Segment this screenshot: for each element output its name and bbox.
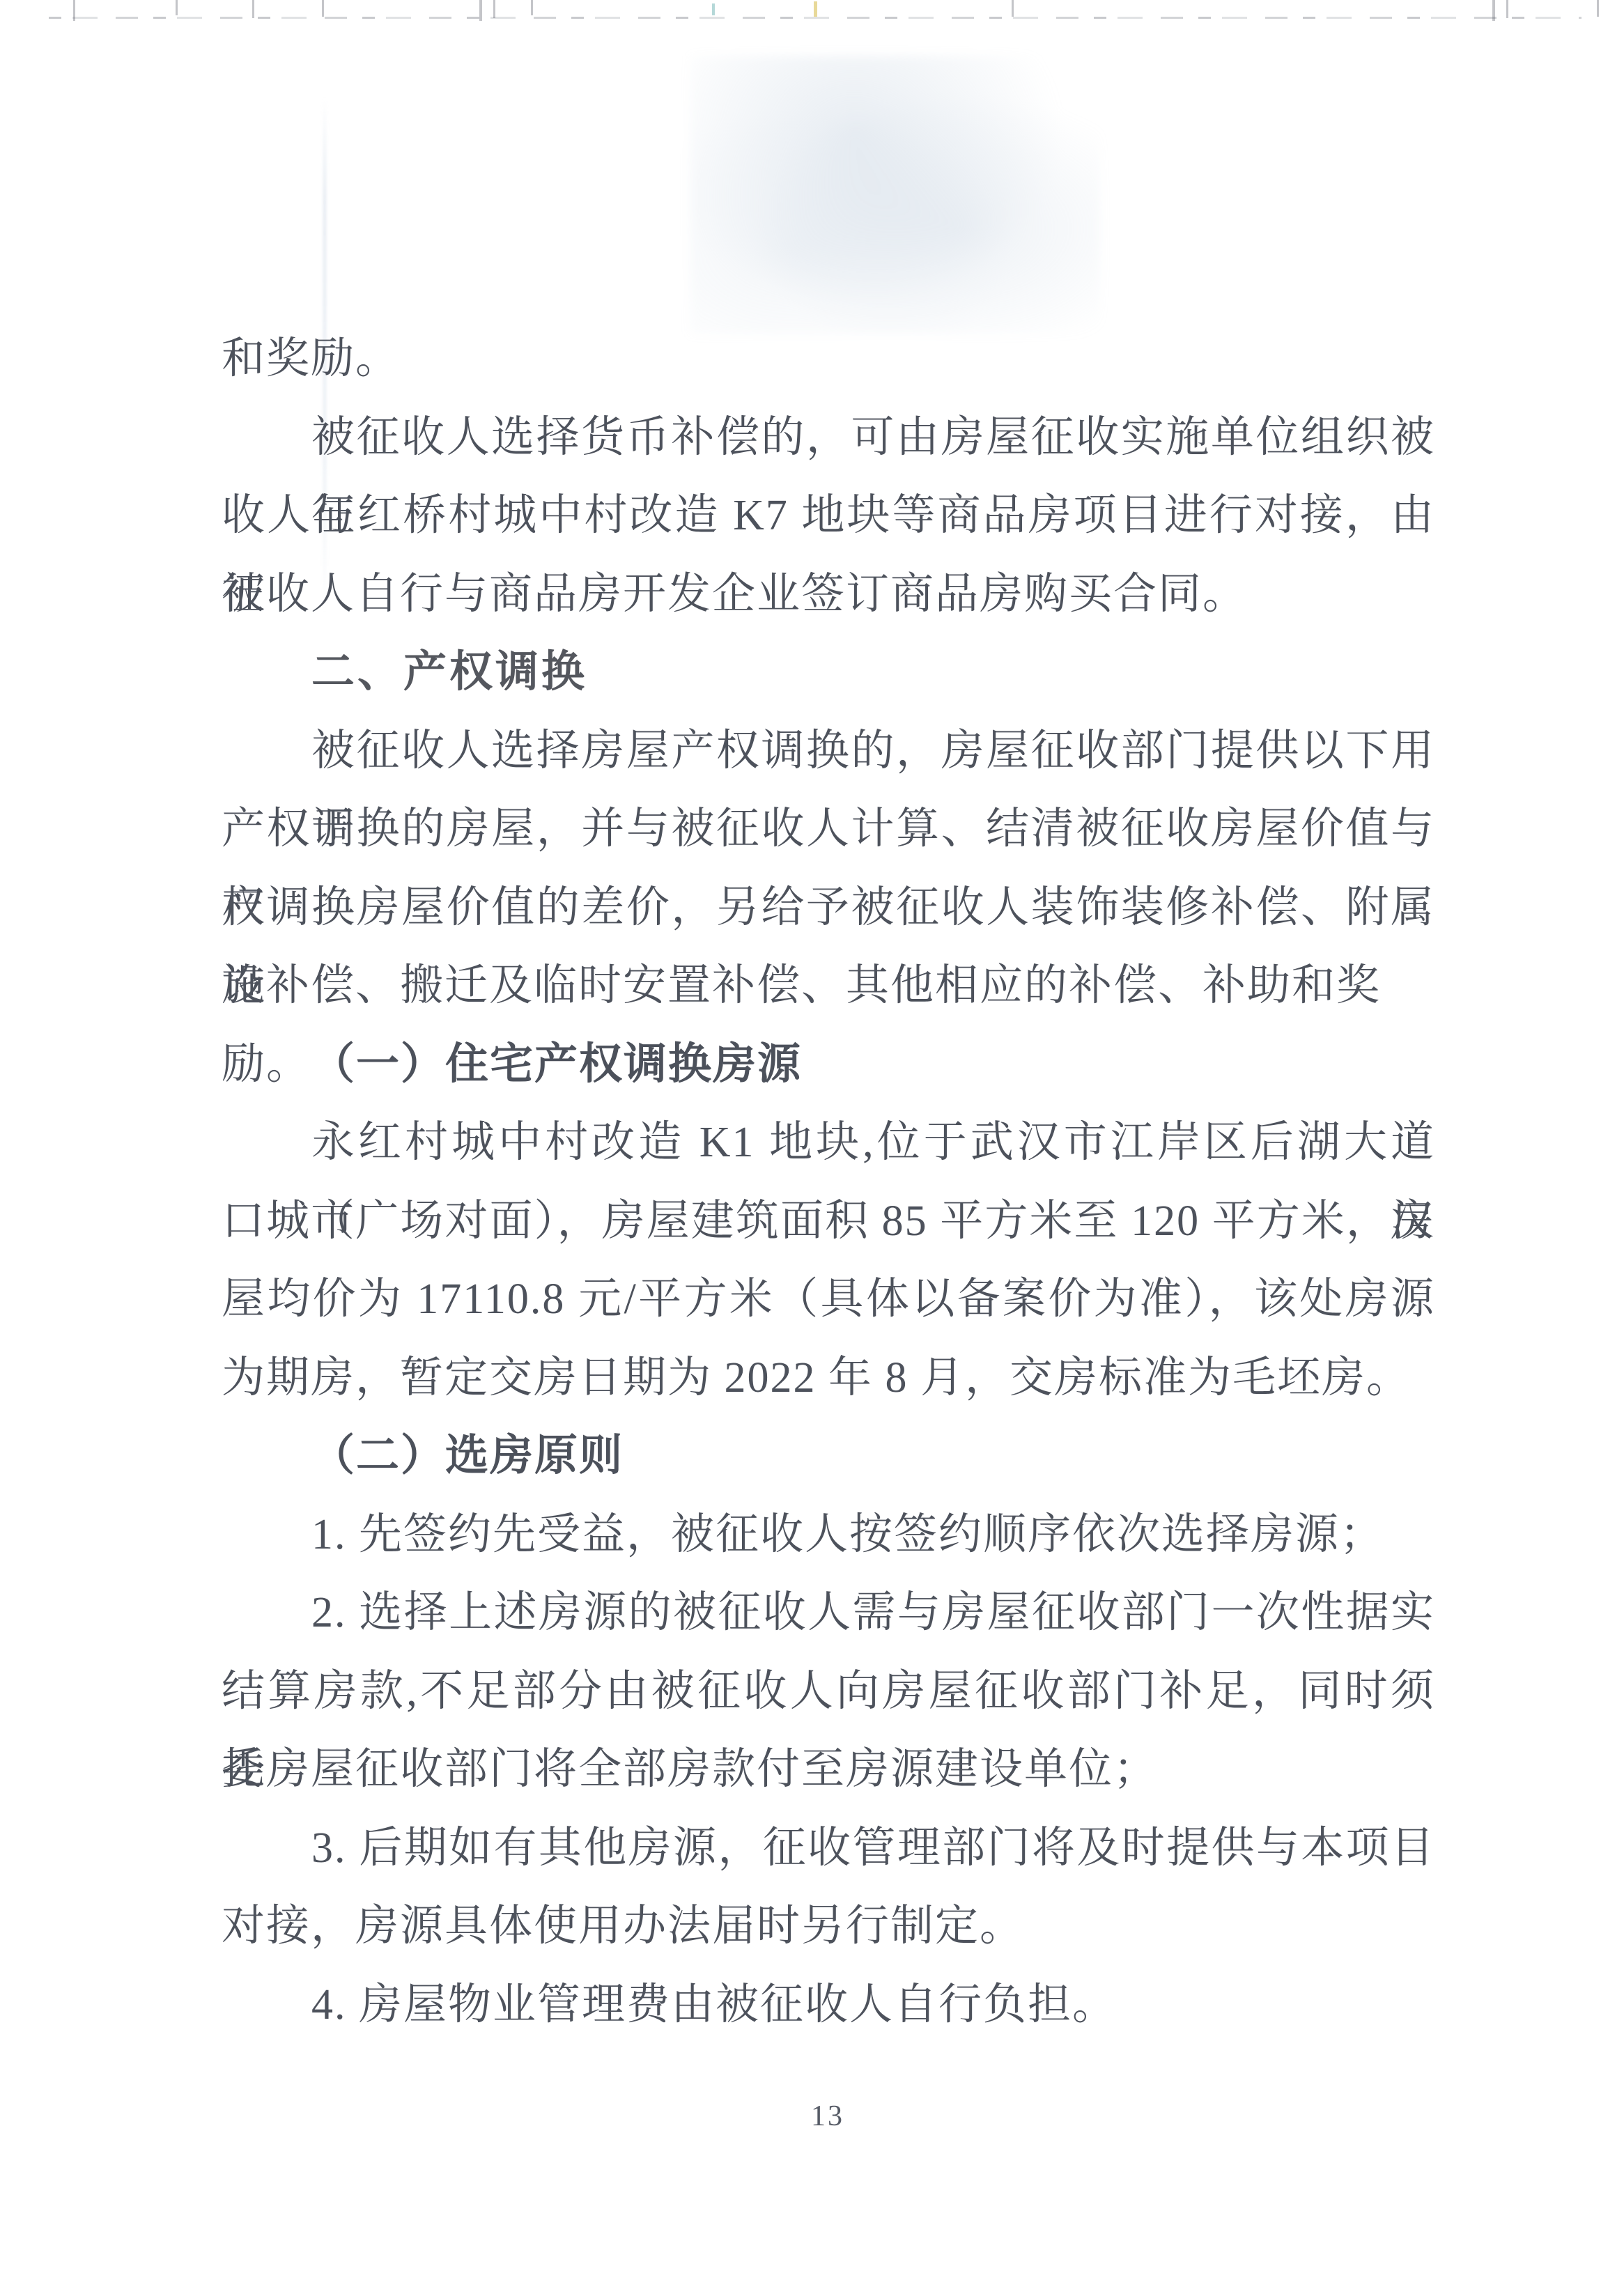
list-item: 2. 选择上述房源的被征收人需与房屋征收部门一次性据实: [222, 1574, 1435, 1652]
scan-artifact-tick: [252, 0, 254, 18]
scan-artifact-tick: [1597, 0, 1599, 17]
text-line: 被征收人选择货币补偿的，可由房屋征收实施单位组织被征: [222, 398, 1435, 477]
text-line: 被征收人选择房屋产权调换的，房屋征收部门提供以下用于: [222, 712, 1435, 791]
text-line: 收人与红桥村城中村改造 K7 地块等商品房项目进行对接，由被: [222, 476, 1435, 555]
list-item: 3. 后期如有其他房源，征收管理部门将及时提供与本项目: [222, 1809, 1435, 1888]
scan-artifact-tick: [1492, 0, 1495, 21]
scan-artifact-tick: [493, 0, 495, 18]
text-line: 产权调换的房屋，并与被征收人计算、结清被征收房屋价值与产: [222, 790, 1435, 869]
scan-artifact-tick: [531, 0, 533, 15]
scan-artifact-tick: [1012, 0, 1014, 17]
scan-artifact-tick: [322, 0, 324, 17]
scan-artifact-tick: [479, 0, 482, 21]
text-line: 和奖励。: [222, 320, 1435, 398]
text-line: 征收人自行与商品房开发企业签订商品房购买合同。: [222, 555, 1435, 634]
list-item: 1. 先签约先受益，被征收人按签约顺序依次选择房源；: [222, 1496, 1435, 1574]
text-line: 施补偿、搬迁及临时安置补偿、其他相应的补偿、补助和奖励。: [222, 947, 1435, 1025]
list-item: 4. 房屋物业管理费由被征收人自行负担。: [222, 1966, 1435, 2045]
scan-artifact-speck: [814, 1, 817, 17]
scanned-document-page: 和奖励。 被征收人选择货币补偿的，可由房屋征收实施单位组织被征 收人与红桥村城中…: [0, 0, 1624, 2296]
text-line: 托房屋征收部门将全部房款付至房源建设单位；: [222, 1730, 1435, 1809]
subsection-heading: （二）选房原则: [222, 1417, 1435, 1496]
document-text-block: 和奖励。 被征收人选择货币补偿的，可由房屋征收实施单位组织被征 收人与红桥村城中…: [222, 320, 1435, 2044]
page-number: 13: [811, 2100, 844, 2133]
text-line: 对接，房源具体使用办法届时另行制定。: [222, 1887, 1435, 1966]
scan-artifact-bleedthrough: [690, 56, 1101, 334]
text-line: 口城市广场对面），房屋建筑面积 85 平方米至 120 平方米，房: [222, 1182, 1435, 1261]
section-heading: 二、产权调换: [222, 633, 1435, 712]
scan-artifact-tick: [73, 0, 75, 21]
scan-artifact-speck: [712, 3, 715, 15]
text-line: 屋均价为 17110.8 元/平方米（具体以备案价为准），该处房源: [222, 1260, 1435, 1339]
text-line: 永红村城中村改造 K1 地块,位于武汉市江岸区后湖大道（汉: [222, 1103, 1435, 1182]
scan-artifact-dashed-line: [49, 17, 1582, 19]
text-line: 为期房，暂定交房日期为 2022 年 8 月，交房标准为毛坯房。: [222, 1339, 1435, 1418]
text-line: 权调换房屋价值的差价，另给予被征收人装饰装修补偿、附属设: [222, 869, 1435, 947]
scan-artifact-tick: [1506, 0, 1508, 18]
scan-artifact-tick: [176, 0, 178, 15]
text-line: 结算房款,不足部分由被征收人向房屋征收部门补足，同时须委: [222, 1652, 1435, 1731]
subsection-heading: （一）住宅产权调换房源: [222, 1025, 1435, 1104]
